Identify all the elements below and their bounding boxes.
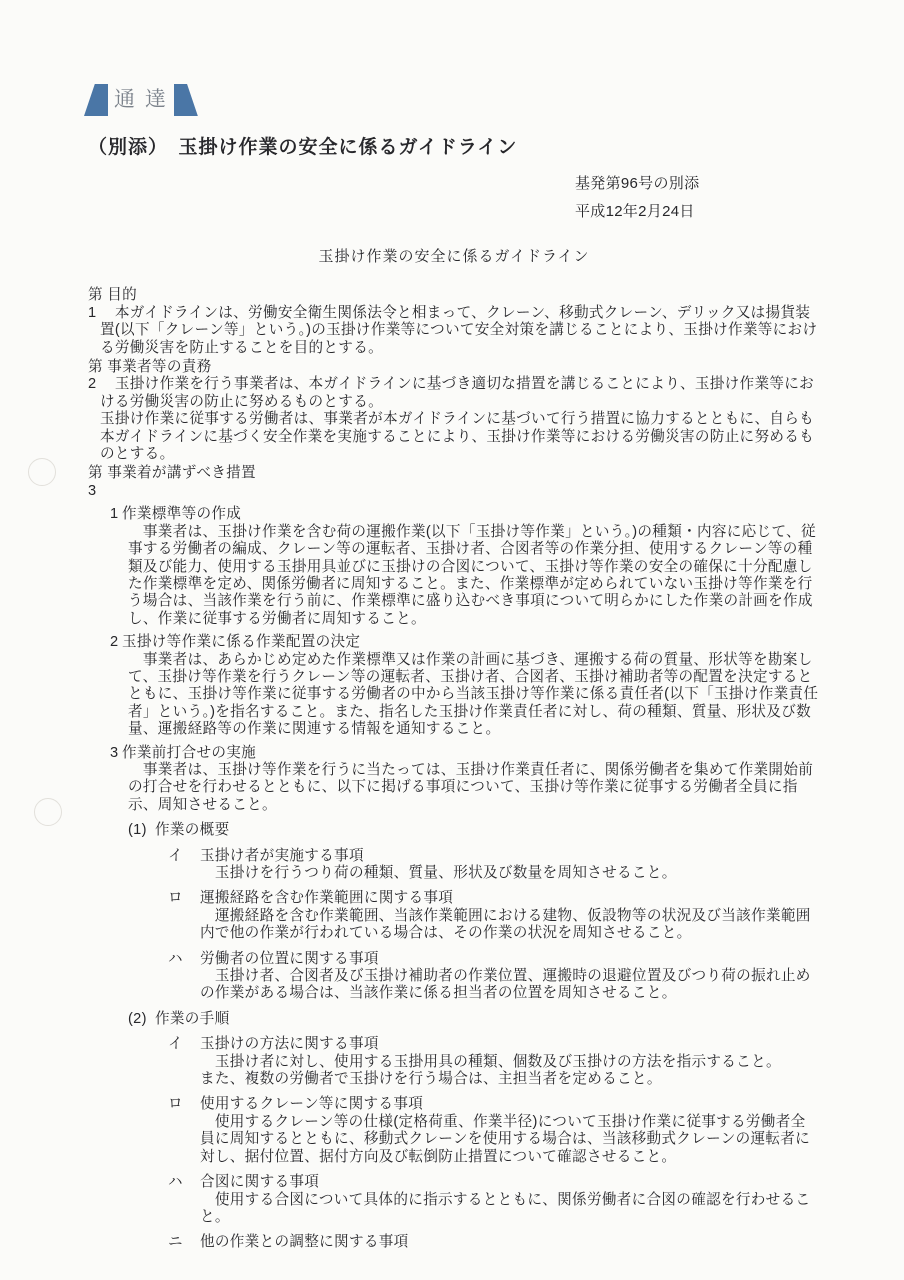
item-title: 玉掛け等作業に係る作業配置の決定 xyxy=(122,634,820,651)
section-heading-measures: 第 事業着が講ずべき措置 xyxy=(88,465,820,482)
paragraph-text: 玉掛け作業に従事する労働者は、事業者が本ガイドラインに基づいて行う措置に協力する… xyxy=(100,411,820,463)
group-title-row: (2) 作業の手順 xyxy=(128,1011,820,1028)
section-number: 2 xyxy=(88,376,100,393)
document-title: 玉掛け作業の安全に係るガイドライン xyxy=(88,248,820,265)
kana-marker: ハ xyxy=(168,951,200,968)
section-1-paragraph: 1 本ガイドラインは、労働安全衛生関係法令と相まって、クレーン、移動式クレーン、… xyxy=(88,305,820,357)
group-work-procedure: (2) 作業の手順 イ 玉掛けの方法に関する事項 玉掛け者に対し、使用する玉掛 xyxy=(128,1011,820,1252)
item-body-text: 事業者は、あらかじめ定めた作業標準又は作業の計画に基づき、運搬する荷の質量、形状… xyxy=(128,652,820,739)
kana-title-row: ハ 労働者の位置に関する事項 xyxy=(168,951,820,968)
item-title-row: 1 作業標準等の作成 xyxy=(110,506,820,523)
section-3-number-row: 3 xyxy=(88,483,820,500)
tsutatsu-badge: 通 達 xyxy=(84,84,198,116)
item-title-row: 2 玉掛け等作業に係る作業配置の決定 xyxy=(110,634,820,651)
reference-number: 基発第96号の別添 xyxy=(575,170,820,198)
kana-item-list: イ 玉掛けの方法に関する事項 玉掛け者に対し、使用する玉掛用具の種類、個数及び玉… xyxy=(168,1036,820,1251)
kana-body-group: 玉掛け者に対し、使用する玉掛用具の種類、個数及び玉掛けの方法を指示すること。 ま… xyxy=(200,1054,820,1089)
kana-title-row: ハ 合図に関する事項 xyxy=(168,1174,820,1191)
badge-label: 通 達 xyxy=(108,84,174,116)
group-work-outline: (1) 作業の概要 イ 玉掛け者が実施する事項 玉掛けを行うつり荷の種類、質量、… xyxy=(128,822,820,1003)
item-title-row: 3 作業前打合せの実施 xyxy=(110,745,820,762)
kana-title-row: ロ 運搬経路を含む作業範囲に関する事項 xyxy=(168,890,820,907)
section-heading-responsibility: 第 事業者等の責務 xyxy=(88,359,820,376)
section-number: 1 xyxy=(88,305,100,322)
item-body-text: 事業者は、玉掛け作業を含む荷の運搬作業(以下「玉掛け等作業」という。)の種類・内… xyxy=(128,524,820,628)
kana-title: 他の作業との調整に関する事項 xyxy=(200,1234,820,1251)
kana-title: 使用するクレーン等に関する事項 xyxy=(200,1096,820,1113)
kana-item-ro: ロ 使用するクレーン等に関する事項 使用するクレーン等の仕様(定格荷重、作業半径… xyxy=(168,1096,820,1166)
kana-title: 労働者の位置に関する事項 xyxy=(200,951,820,968)
kana-title: 玉掛けの方法に関する事項 xyxy=(200,1036,820,1053)
section-3-content: 1 作業標準等の作成 事業者は、玉掛け作業を含む荷の運搬作業(以下「玉掛け等作業… xyxy=(110,506,820,1251)
kana-body-text: 運搬経路を含む作業範囲、当該作業範囲における建物、仮設物等の状況及び当該作業範囲… xyxy=(200,908,820,943)
kana-title-row: ニ 他の作業との調整に関する事項 xyxy=(168,1234,820,1251)
item-title: 作業標準等の作成 xyxy=(122,506,820,523)
kana-item-i: イ 玉掛け者が実施する事項 玉掛けを行うつり荷の種類、質量、形状及び数量を周知さ… xyxy=(168,848,820,883)
kana-item-ni: ニ 他の作業との調整に関する事項 xyxy=(168,1234,820,1251)
kana-item-ro: ロ 運搬経路を含む作業範囲に関する事項 運搬経路を含む作業範囲、当該作業範囲にお… xyxy=(168,890,820,942)
attachment-title: （別添） 玉掛け作業の安全に係るガイドライン xyxy=(88,136,820,160)
kana-body-text: 玉掛けを行うつり荷の種類、質量、形状及び数量を周知させること。 xyxy=(200,865,820,882)
kana-item-ha: ハ 労働者の位置に関する事項 玉掛け者、合図者及び玉掛け補助者の作業位置、運搬時… xyxy=(168,951,820,1003)
section-heading-purpose: 第 目的 xyxy=(88,287,820,304)
group-title-row: (1) 作業の概要 xyxy=(128,822,820,839)
badge-left-flag-icon xyxy=(84,84,108,116)
kana-body-text: 玉掛け者、合図者及び玉掛け補助者の作業位置、運搬時の退避位置及びつり荷の振れ止め… xyxy=(200,968,820,1003)
item-body-text: 事業者は、玉掛け等作業を行うに当たっては、玉掛け作業責任者に、関係労働者を集めて… xyxy=(128,762,820,814)
kana-marker: ロ xyxy=(168,1096,200,1113)
document-date: 平成12年2月24日 xyxy=(575,198,820,226)
measure-item-1: 1 作業標準等の作成 事業者は、玉掛け作業を含む荷の運搬作業(以下「玉掛け等作業… xyxy=(110,506,820,628)
badge-right-flag-icon xyxy=(174,84,198,116)
kana-title-row: イ 玉掛けの方法に関する事項 xyxy=(168,1036,820,1053)
item-number: 3 xyxy=(110,745,122,762)
kana-title: 運搬経路を含む作業範囲に関する事項 xyxy=(200,890,820,907)
paragraph-text: 玉掛け作業を行う事業者は、本ガイドラインに基づき適切な措置を講じることにより、玉… xyxy=(100,376,820,411)
item-number: 1 xyxy=(110,506,122,523)
group-number: (1) xyxy=(128,822,155,839)
item-3-groups: (1) 作業の概要 イ 玉掛け者が実施する事項 玉掛けを行うつり荷の種類、質量、… xyxy=(128,822,820,1252)
kana-marker: イ xyxy=(168,1036,200,1053)
kana-title-row: イ 玉掛け者が実施する事項 xyxy=(168,848,820,865)
kana-body-text: 玉掛け者に対し、使用する玉掛用具の種類、個数及び玉掛けの方法を指示すること。 xyxy=(200,1054,820,1071)
kana-marker: イ xyxy=(168,848,200,865)
measure-item-2: 2 玉掛け等作業に係る作業配置の決定 事業者は、あらかじめ定めた作業標準又は作業… xyxy=(110,634,820,738)
group-title: 作業の概要 xyxy=(155,822,820,839)
kana-title: 玉掛け者が実施する事項 xyxy=(200,848,820,865)
item-title: 作業前打合せの実施 xyxy=(122,745,820,762)
group-number: (2) xyxy=(128,1011,155,1028)
group-title: 作業の手順 xyxy=(155,1011,820,1028)
section-2-paragraphs: 2 玉掛け作業を行う事業者は、本ガイドラインに基づき適切な措置を講じることにより… xyxy=(88,376,820,463)
kana-marker: ハ xyxy=(168,1174,200,1191)
paragraph-text: 本ガイドラインは、労働安全衛生関係法令と相まって、クレーン、移動式クレーン、デリ… xyxy=(100,305,820,357)
reference-block: 基発第96号の別添 平成12年2月24日 xyxy=(575,170,820,226)
measure-item-3: 3 作業前打合せの実施 事業者は、玉掛け等作業を行うに当たっては、玉掛け作業責任… xyxy=(110,745,820,1252)
kana-item-list: イ 玉掛け者が実施する事項 玉掛けを行うつり荷の種類、質量、形状及び数量を周知さ… xyxy=(168,848,820,1003)
kana-marker: ロ xyxy=(168,890,200,907)
paragraph-group: 玉掛け作業を行う事業者は、本ガイドラインに基づき適切な措置を講じることにより、玉… xyxy=(100,376,820,463)
document-body: 第 目的 1 本ガイドラインは、労働安全衛生関係法令と相まって、クレーン、移動式… xyxy=(88,287,820,1251)
kana-marker: ニ xyxy=(168,1234,200,1251)
kana-title-row: ロ 使用するクレーン等に関する事項 xyxy=(168,1096,820,1113)
section-number: 3 xyxy=(88,483,100,500)
kana-item-i: イ 玉掛けの方法に関する事項 玉掛け者に対し、使用する玉掛用具の種類、個数及び玉… xyxy=(168,1036,820,1088)
scanned-document-page: 通 達 （別添） 玉掛け作業の安全に係るガイドライン 基発第96号の別添 平成1… xyxy=(0,0,904,1280)
kana-item-ha: ハ 合図に関する事項 使用する合図について具体的に指示するとともに、関係労働者に… xyxy=(168,1174,820,1226)
kana-body-text: また、複数の労働者で玉掛けを行う場合は、主担当者を定めること。 xyxy=(200,1071,820,1088)
punch-hole xyxy=(34,798,62,826)
punch-hole xyxy=(28,458,56,486)
item-number: 2 xyxy=(110,634,122,651)
kana-body-text: 使用する合図について具体的に指示するとともに、関係労働者に合図の確認を行わせるこ… xyxy=(200,1192,820,1227)
kana-body-text: 使用するクレーン等の仕様(定格荷重、作業半径)について玉掛け作業に従事する労働者… xyxy=(200,1114,820,1166)
kana-title: 合図に関する事項 xyxy=(200,1174,820,1191)
